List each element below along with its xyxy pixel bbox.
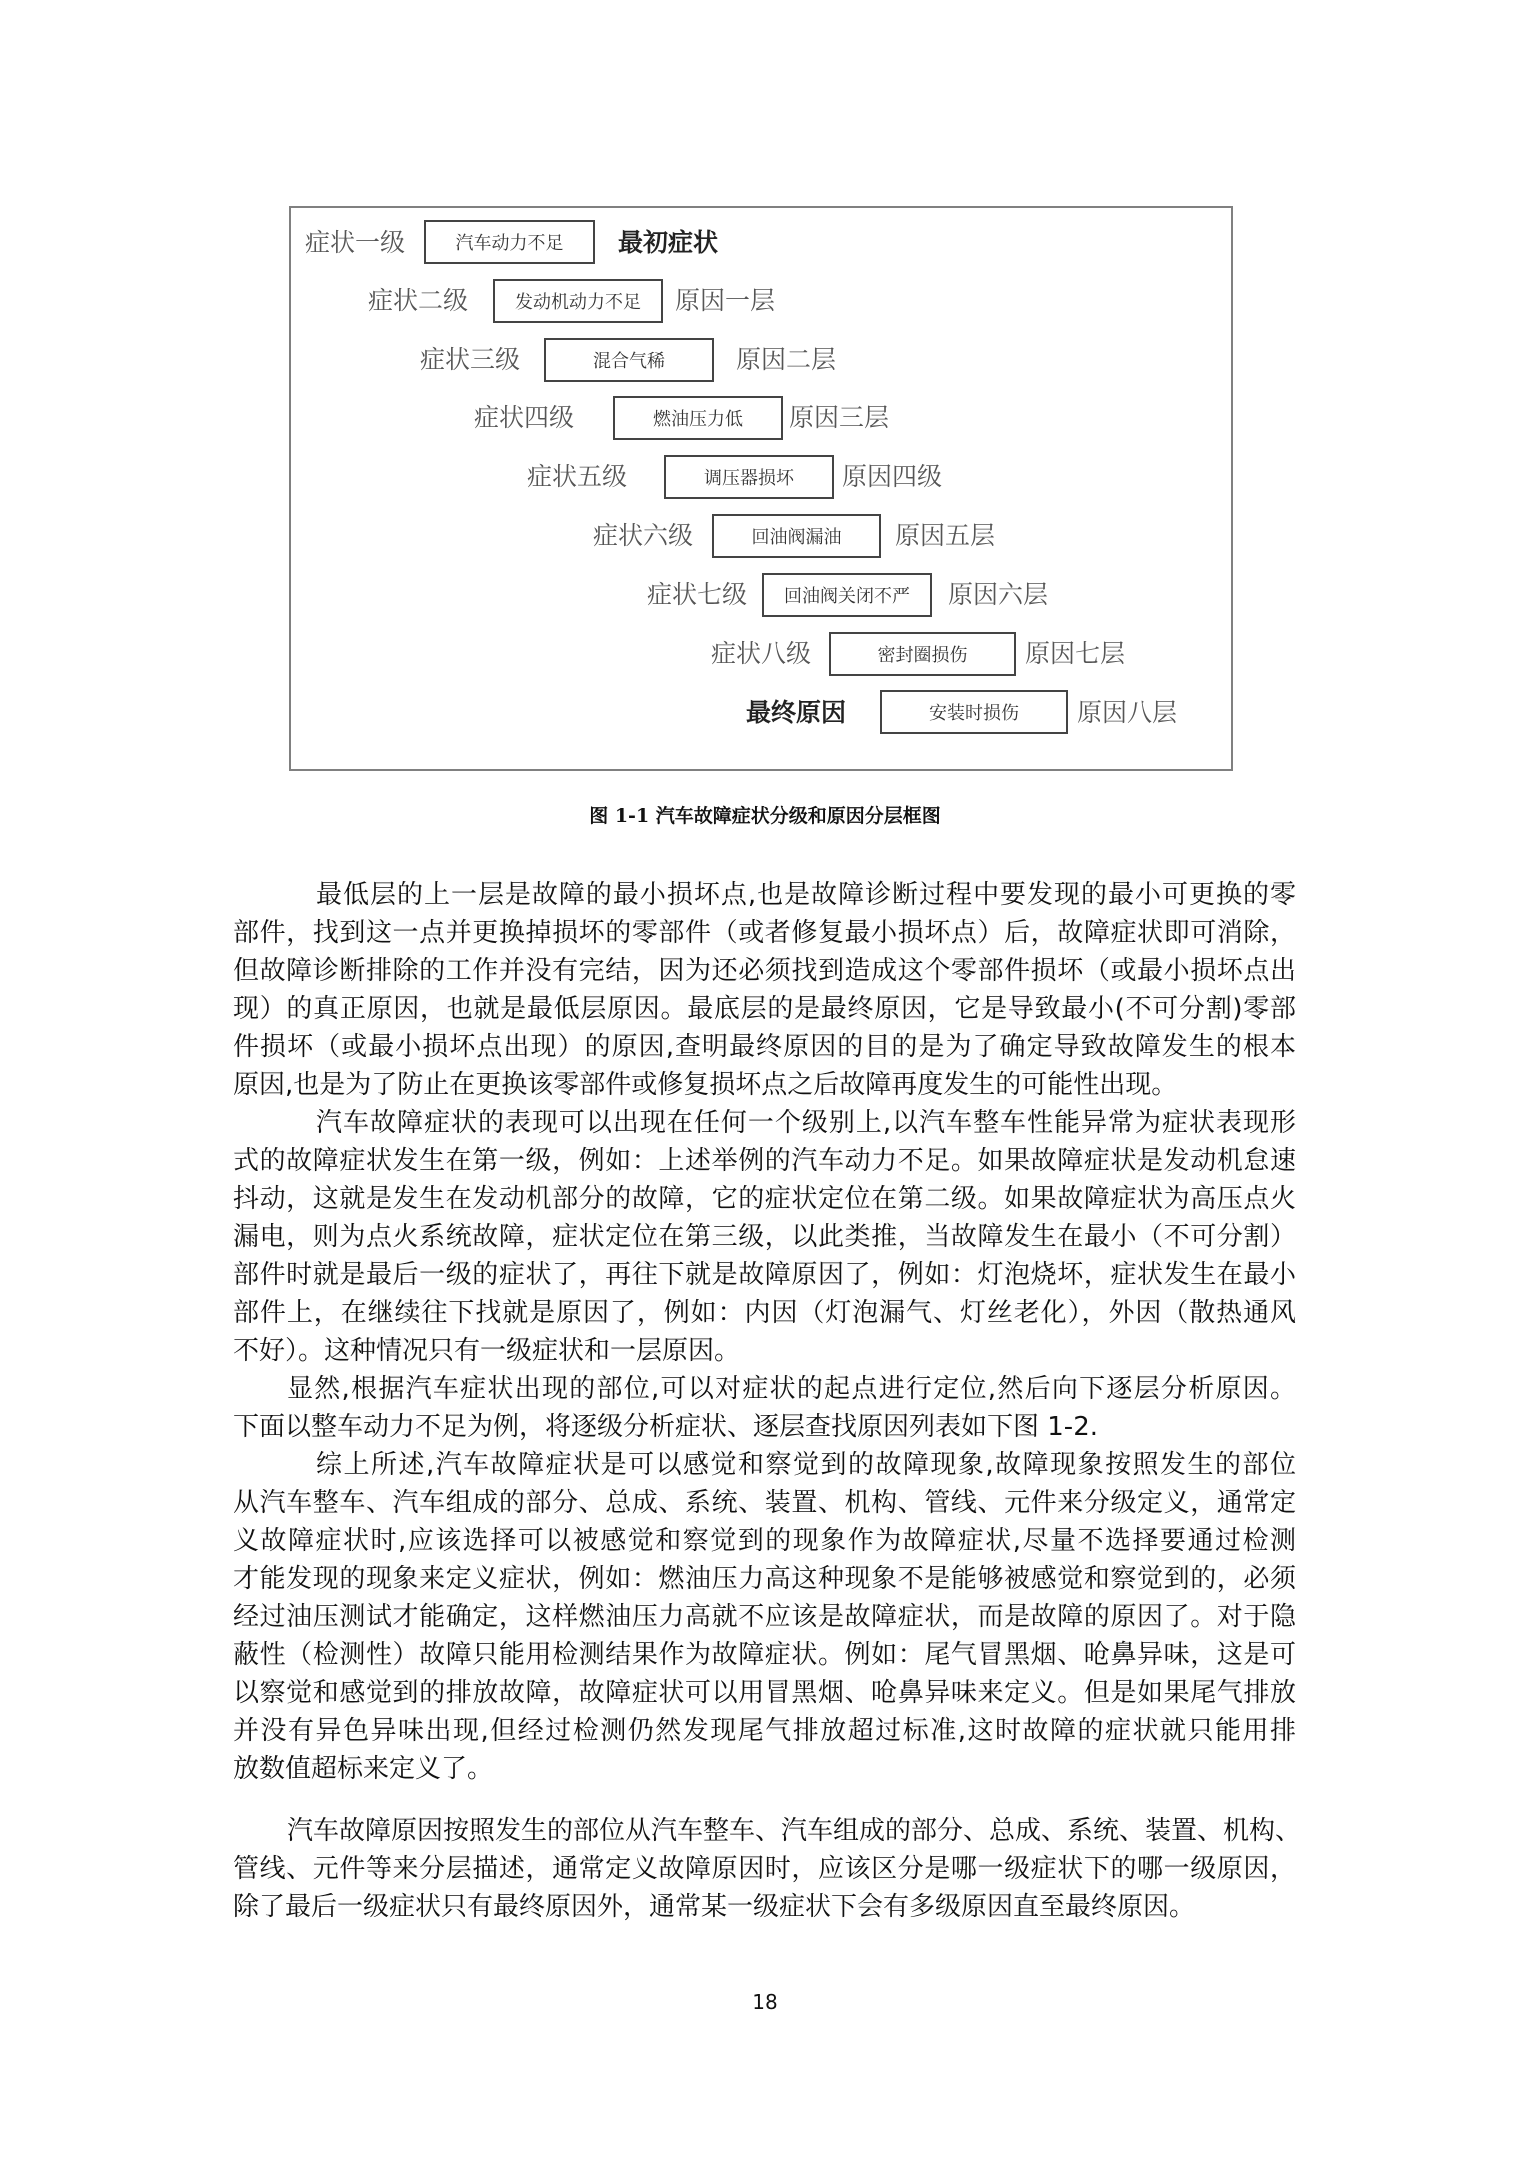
cause-layer-label: 原因一层 — [675, 286, 775, 316]
paragraph: 汽车故障原因按照发生的部位从汽车整车、汽车组成的部分、总成、系统、装置、机构、 … — [233, 1812, 1296, 1926]
text-line: 除了最后一级症状只有最终原因外，通常某一级症状下会有多级原因直至最终原因。 — [233, 1888, 1296, 1926]
text-line: 部件时就是最后一级的症状了，再往下就是故障原因了，例如：灯泡烧坏，症状发生在最小 — [233, 1256, 1296, 1294]
symptom-box: 混合气稀 — [544, 338, 714, 382]
final-cause-box: 安装时损伤 — [880, 690, 1068, 734]
text-line: 抖动，这就是发生在发动机部分的故障，它的症状定位在第二级。如果故障症状为高压点火 — [233, 1180, 1296, 1218]
symptom-level-label: 症状八级 — [711, 639, 811, 669]
text-line: 式的故障症状发生在第一级，例如：上述举例的汽车动力不足。如果故障症状是发动机怠速 — [233, 1142, 1296, 1180]
cause-layer-label: 原因七层 — [1025, 639, 1125, 669]
cause-layer-label: 原因二层 — [736, 345, 836, 375]
text-line: 但故障诊断排除的工作并没有完结，因为还必须找到造成这个零部件损坏（或最小损坏点出 — [233, 952, 1296, 990]
symptom-box: 发动机动力不足 — [493, 279, 663, 323]
symptom-level-label: 症状六级 — [593, 521, 693, 551]
text-line: 义故障症状时,应该选择可以被感觉和察觉到的现象作为故障症状,尽量不选择要通过检测 — [233, 1522, 1296, 1560]
text-line: 放数值超标来定义了。 — [233, 1750, 1296, 1788]
symptom-box: 汽车动力不足 — [424, 220, 595, 264]
text-line: 汽车故障原因按照发生的部位从汽车整车、汽车组成的部分、总成、系统、装置、机构、 — [233, 1812, 1296, 1850]
text-line: 蔽性（检测性）故障只能用检测结果作为故障症状。例如：尾气冒黑烟、呛鼻异味，这是可 — [233, 1636, 1296, 1674]
cause-layer-label: 原因三层 — [789, 403, 889, 433]
final-cause-label: 最终原因 — [746, 698, 846, 728]
symptom-box: 燃油压力低 — [613, 396, 783, 440]
symptom-level-label: 症状四级 — [474, 403, 574, 433]
paragraph: 最低层的上一层是故障的最小损坏点,也是故障诊断过程中要发现的最小可更换的零 部件… — [233, 876, 1296, 1104]
text-line: 综上所述,汽车故障症状是可以感觉和察觉到的故障现象,故障现象按照发生的部位 — [233, 1446, 1296, 1484]
symptom-level-label: 症状七级 — [647, 580, 747, 610]
cause-layer-label: 原因五层 — [895, 521, 995, 551]
text-line: 漏电，则为点火系统故障，症状定位在第三级，以此类推，当故障发生在最小（不可分割） — [233, 1218, 1296, 1256]
text-line: 显然,根据汽车症状出现的部位,可以对症状的起点进行定位,然后向下逐层分析原因。 — [233, 1370, 1296, 1408]
cause-layer-label: 原因六层 — [948, 580, 1048, 610]
text-line: 汽车故障症状的表现可以出现在任何一个级别上,以汽车整车性能异常为症状表现形 — [233, 1104, 1296, 1142]
paragraph: 综上所述,汽车故障症状是可以感觉和察觉到的故障现象,故障现象按照发生的部位 从汽… — [233, 1446, 1296, 1788]
paragraph: 汽车故障症状的表现可以出现在任何一个级别上,以汽车整车性能异常为症状表现形 式的… — [233, 1104, 1296, 1370]
text-line: 才能发现的现象来定义症状，例如：燃油压力高这种现象不是能够被感觉和察觉到的，必须 — [233, 1560, 1296, 1598]
text-line: 经过油压测试才能确定，这样燃油压力高就不应该是故障症状，而是故障的原因了。对于隐 — [233, 1598, 1296, 1636]
text-line: 原因,也是为了防止在更换该零部件或修复损坏点之后故障再度发生的可能性出现。 — [233, 1066, 1296, 1104]
symptom-box: 回油阀关闭不严 — [762, 573, 932, 617]
page-number: 18 — [0, 1990, 1530, 2014]
text-line: 从汽车整车、汽车组成的部分、总成、系统、装置、机构、管线、元件来分级定义，通常定 — [233, 1484, 1296, 1522]
symptom-box: 调压器损坏 — [664, 455, 834, 499]
text-line: 并没有异色异味出现,但经过检测仍然发现尾气排放超过标准,这时故障的症状就只能用排 — [233, 1712, 1296, 1750]
document-page: 症状一级 汽车动力不足 最初症状 症状二级 发动机动力不足 原因一层 症状三级 … — [0, 0, 1530, 2175]
cause-layer-label: 原因八层 — [1077, 698, 1177, 728]
text-line: 以察觉和感觉到的排放故障，故障症状可以用冒黑烟、呛鼻异味来定义。但是如果尾气排放 — [233, 1674, 1296, 1712]
symptom-level-label: 症状一级 — [305, 228, 405, 258]
symptom-level-label: 症状五级 — [527, 462, 627, 492]
text-line: 部件上，在继续往下找就是原因了，例如：内因（灯泡漏气、灯丝老化），外因（散热通风 — [233, 1294, 1296, 1332]
symptom-box: 密封圈损伤 — [829, 632, 1016, 676]
figure-caption: 图 1-1 汽车故障症状分级和原因分层框图 — [0, 801, 1530, 828]
cause-layer-label: 最初症状 — [618, 228, 718, 258]
text-line: 件损坏（或最小损坏点出现）的原因,查明最终原因的目的是为了确定导致故障发生的根本 — [233, 1028, 1296, 1066]
text-line: 最低层的上一层是故障的最小损坏点,也是故障诊断过程中要发现的最小可更换的零 — [233, 876, 1296, 914]
paragraph: 显然,根据汽车症状出现的部位,可以对症状的起点进行定位,然后向下逐层分析原因。 … — [233, 1370, 1296, 1446]
text-line: 下面以整车动力不足为例，将逐级分析症状、逐层查找原因列表如下图 1-2. — [233, 1408, 1296, 1446]
text-line: 现）的真正原因，也就是最低层原因。最底层的是最终原因，它是导致最小(不可分割)零… — [233, 990, 1296, 1028]
text-line: 管线、元件等来分层描述，通常定义故障原因时，应该区分是哪一级症状下的哪一级原因， — [233, 1850, 1296, 1888]
text-line: 不好）。这种情况只有一级症状和一层原因。 — [233, 1332, 1296, 1370]
text-line: 部件，找到这一点并更换掉损坏的零部件（或者修复最小损坏点）后，故障症状即可消除， — [233, 914, 1296, 952]
symptom-level-label: 症状三级 — [420, 345, 520, 375]
cause-layer-label: 原因四级 — [842, 462, 942, 492]
symptom-level-label: 症状二级 — [368, 286, 468, 316]
symptom-box: 回油阀漏油 — [712, 514, 881, 558]
